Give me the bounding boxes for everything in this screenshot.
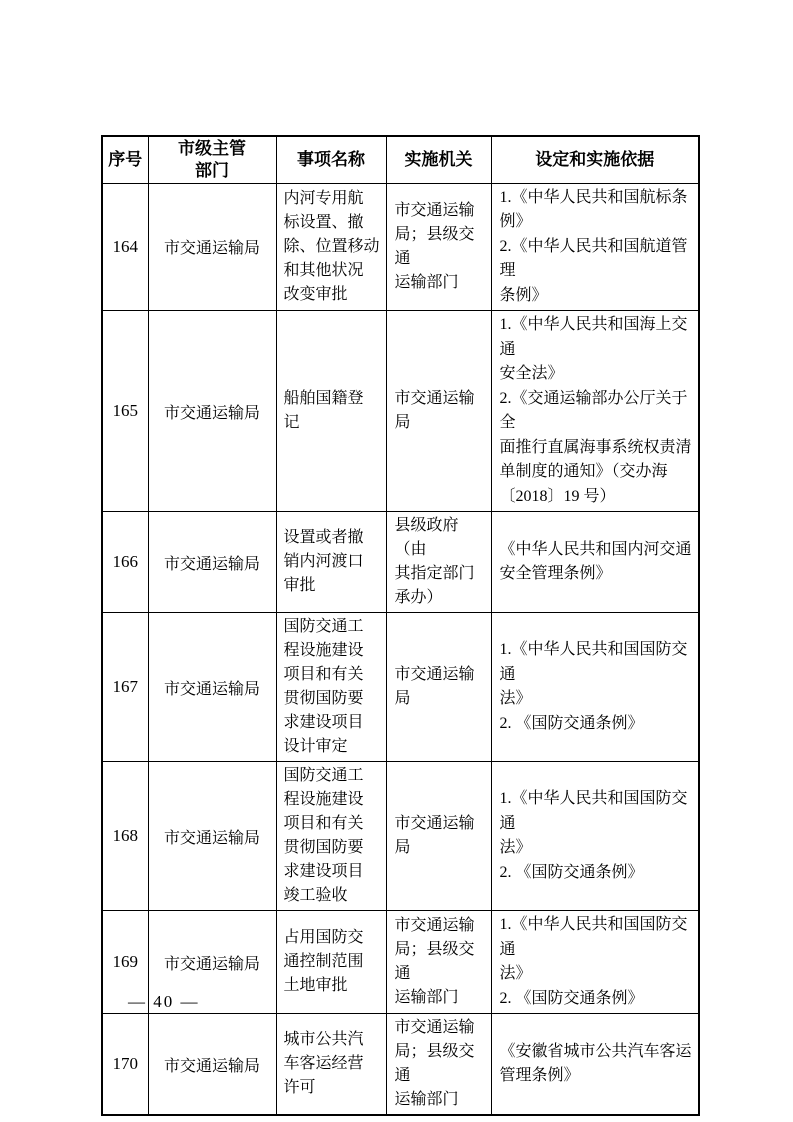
cell-legal-basis: 1.《中华人民共和国国防交通 法》 2. 《国防交通条例》 — [491, 911, 699, 1014]
cell-implementing-agency: 县级政府（由 其指定部门 承办） — [386, 512, 491, 613]
cell-item-name: 内河专用航 标设置、撤 除、位置移动 和其他状况 改变审批 — [276, 183, 386, 311]
document-page: 序号 市级主管 部门 事项名称 实施机关 设定和实施依据 164 市交通运输局 … — [0, 0, 793, 1122]
cell-implementing-agency: 市交通运输 局；县级交通 运输部门 — [386, 183, 491, 311]
cell-item-name: 占用国防交 通控制范围 土地审批 — [276, 911, 386, 1014]
table-row: 164 市交通运输局 内河专用航 标设置、撤 除、位置移动 和其他状况 改变审批… — [102, 183, 699, 311]
cell-serial-number: 170 — [102, 1014, 148, 1116]
administrative-items-table: 序号 市级主管 部门 事项名称 实施机关 设定和实施依据 164 市交通运输局 … — [101, 135, 700, 1116]
page-number-footer: — 40 — — [128, 992, 200, 1012]
cell-item-name: 城市公共汽 车客运经营 许可 — [276, 1014, 386, 1116]
cell-serial-number: 165 — [102, 311, 148, 512]
cell-implementing-agency: 市交通运输 局 — [386, 613, 491, 762]
cell-municipal-department: 市交通运输局 — [148, 762, 276, 911]
cell-legal-basis: 《中华人民共和国内河交通 安全管理条例》 — [491, 512, 699, 613]
cell-item-name: 国防交通工 程设施建设 项目和有关 贯彻国防要 求建设项目 设计审定 — [276, 613, 386, 762]
table-row: 165 市交通运输局 船舶国籍登 记 市交通运输 局 1.《中华人民共和国海上交… — [102, 311, 699, 512]
cell-municipal-department: 市交通运输局 — [148, 1014, 276, 1116]
table-row: 168 市交通运输局 国防交通工 程设施建设 项目和有关 贯彻国防要 求建设项目… — [102, 762, 699, 911]
cell-implementing-agency: 市交通运输 局；县级交通 运输部门 — [386, 1014, 491, 1116]
header-implementing-agency: 实施机关 — [386, 136, 491, 183]
cell-legal-basis: 1.《中华人民共和国国防交通 法》 2. 《国防交通条例》 — [491, 613, 699, 762]
cell-item-name: 设置或者撤 销内河渡口 审批 — [276, 512, 386, 613]
cell-legal-basis: 《安徽省城市公共汽车客运 管理条例》 — [491, 1014, 699, 1116]
header-serial-number: 序号 — [102, 136, 148, 183]
table-row: 166 市交通运输局 设置或者撤 销内河渡口 审批 县级政府（由 其指定部门 承… — [102, 512, 699, 613]
table-row: 167 市交通运输局 国防交通工 程设施建设 项目和有关 贯彻国防要 求建设项目… — [102, 613, 699, 762]
cell-serial-number: 164 — [102, 183, 148, 311]
cell-municipal-department: 市交通运输局 — [148, 613, 276, 762]
header-municipal-department: 市级主管 部门 — [148, 136, 276, 183]
header-legal-basis: 设定和实施依据 — [491, 136, 699, 183]
cell-implementing-agency: 市交通运输 局 — [386, 762, 491, 911]
header-row: 序号 市级主管 部门 事项名称 实施机关 设定和实施依据 — [102, 136, 699, 183]
header-item-name: 事项名称 — [276, 136, 386, 183]
cell-serial-number: 167 — [102, 613, 148, 762]
cell-municipal-department: 市交通运输局 — [148, 512, 276, 613]
cell-implementing-agency: 市交通运输 局；县级交通 运输部门 — [386, 911, 491, 1014]
cell-municipal-department: 市交通运输局 — [148, 183, 276, 311]
cell-serial-number: 168 — [102, 762, 148, 911]
cell-item-name: 国防交通工 程设施建设 项目和有关 贯彻国防要 求建设项目 竣工验收 — [276, 762, 386, 911]
cell-legal-basis: 1.《中华人民共和国海上交通 安全法》 2.《交通运输部办公厅关于全 面推行直属… — [491, 311, 699, 512]
cell-municipal-department: 市交通运输局 — [148, 311, 276, 512]
cell-legal-basis: 1.《中华人民共和国航标条 例》 2.《中华人民共和国航道管理 条例》 — [491, 183, 699, 311]
table-row: 170 市交通运输局 城市公共汽 车客运经营 许可 市交通运输 局；县级交通 运… — [102, 1014, 699, 1116]
cell-implementing-agency: 市交通运输 局 — [386, 311, 491, 512]
cell-legal-basis: 1.《中华人民共和国国防交通 法》 2. 《国防交通条例》 — [491, 762, 699, 911]
cell-item-name: 船舶国籍登 记 — [276, 311, 386, 512]
cell-serial-number: 166 — [102, 512, 148, 613]
